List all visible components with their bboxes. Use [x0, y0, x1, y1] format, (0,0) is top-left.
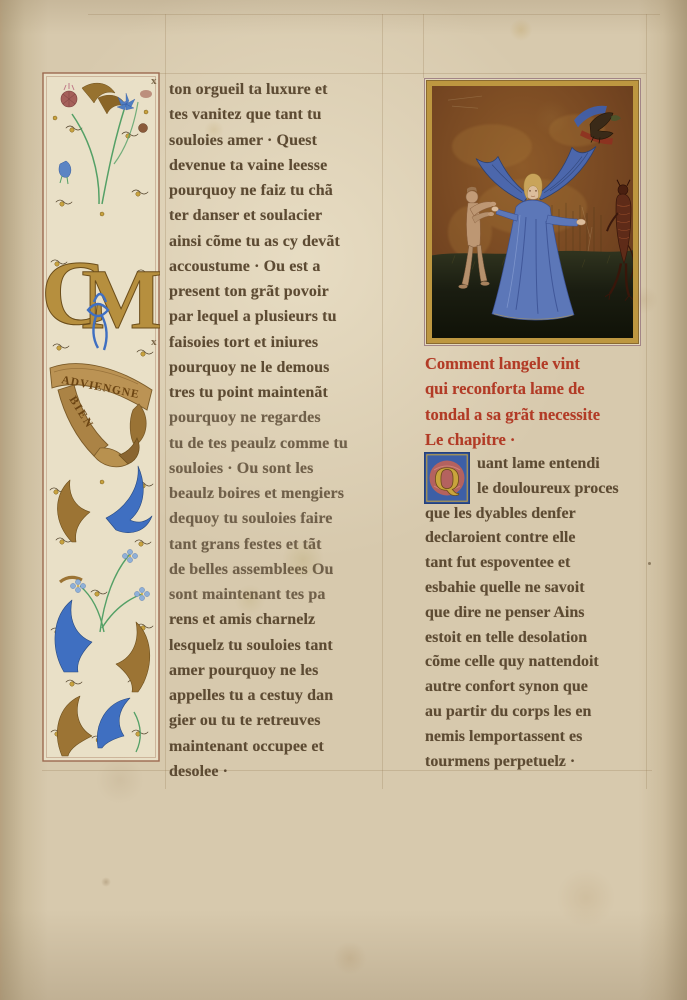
miniature-frame: [424, 78, 641, 346]
text-line: souloies amer · Quest: [169, 128, 387, 153]
text-line: tres tu point maintenãt: [169, 380, 387, 405]
ink-dot: [648, 562, 651, 565]
border-artwork: C M ADVIENGNE BIEN: [42, 72, 160, 762]
text-line: que les dyables denfer: [425, 502, 649, 527]
rubric-line: Le chapitre ·: [425, 427, 600, 452]
text-line: declaroient contre elle: [425, 526, 649, 551]
miniature-scene: [432, 86, 633, 338]
text-line: ton orgueil ta luxure et: [169, 77, 387, 102]
text-line: lesquelz tu souloies tant: [169, 633, 387, 658]
text-line: le douloureux proces: [425, 477, 649, 502]
text-line: esbahie quelle ne savoit: [425, 576, 649, 601]
marginal-mark: x: [151, 336, 157, 348]
text-line: appelles tu a cestuy dan: [169, 683, 387, 708]
text-line: au partir du corps les en: [425, 700, 649, 725]
pink-bud: [140, 90, 152, 98]
text-line: amer pourquoy ne les: [169, 658, 387, 683]
rubric: Comment langele vint qui reconforta lame…: [425, 351, 600, 453]
text-line: ter danser et soulacier: [169, 203, 387, 228]
text-line: pourquoy ne regardes: [169, 405, 387, 430]
text-line: de belles assemblees Ou: [169, 557, 387, 582]
text-line: desolee ·: [169, 759, 387, 784]
text-line: cõme celle quy nattendoit: [425, 650, 649, 675]
text-line: pourquoy ne le demous: [169, 355, 387, 380]
text-line: devenue ta vaine leesse: [169, 153, 387, 178]
text-line: accoustume · Ou est a: [169, 254, 387, 279]
text-line: tant grans festes et tãt: [169, 532, 387, 557]
text-line: present ton grãt povoir: [169, 279, 387, 304]
miniature-gold-border: [427, 81, 638, 343]
left-text-column: ton orgueil ta luxure et tes vanitez que…: [169, 77, 387, 784]
text-line: par lequel a plusieurs tu: [169, 304, 387, 329]
text-line: que dire ne penser Ains: [425, 601, 649, 626]
text-line: sont maintenant tes pa: [169, 582, 387, 607]
text-line: nemis lemportassent es: [425, 725, 649, 750]
text-line: autre confort synon que: [425, 675, 649, 700]
text-line: souloies · Ou sont les: [169, 456, 387, 481]
text-line: uant lame entendi: [425, 452, 649, 477]
text-line: tourmens perpetuelz ·: [425, 750, 649, 775]
text-line: gier ou tu te retreuves: [169, 708, 387, 733]
rubric-line: tondal a sa grãt necessite: [425, 402, 600, 427]
rubric-line: qui reconforta lame de: [425, 376, 600, 401]
illuminated-border-strip: C M ADVIENGNE BIEN: [42, 72, 160, 762]
text-line: maintenant occupee et: [169, 734, 387, 759]
text-line: dequoy tu souloies faire: [169, 506, 387, 531]
text-line: faisoies tort et iniures: [169, 330, 387, 355]
text-line: tes vanitez que tant tu: [169, 102, 387, 127]
marginal-mark: x: [151, 75, 157, 87]
right-text-column: uant lame entendi le douloureux proces q…: [425, 452, 649, 774]
text-line: tant fut espoventee et: [425, 551, 649, 576]
seed-bud: [139, 124, 148, 133]
rubric-line: Comment langele vint: [425, 351, 600, 376]
text-line: estoit en telle desolation: [425, 626, 649, 651]
text-line: ainsi cõme tu as cy devãt: [169, 229, 387, 254]
text-line: rens et amis charnelz: [169, 607, 387, 632]
text-line: beaulz boires et mengiers: [169, 481, 387, 506]
owner-initials: C M: [42, 240, 160, 350]
text-line: tu de tes peaulz comme tu: [169, 431, 387, 456]
text-line: pourquoy ne faiz tu chã: [169, 178, 387, 203]
